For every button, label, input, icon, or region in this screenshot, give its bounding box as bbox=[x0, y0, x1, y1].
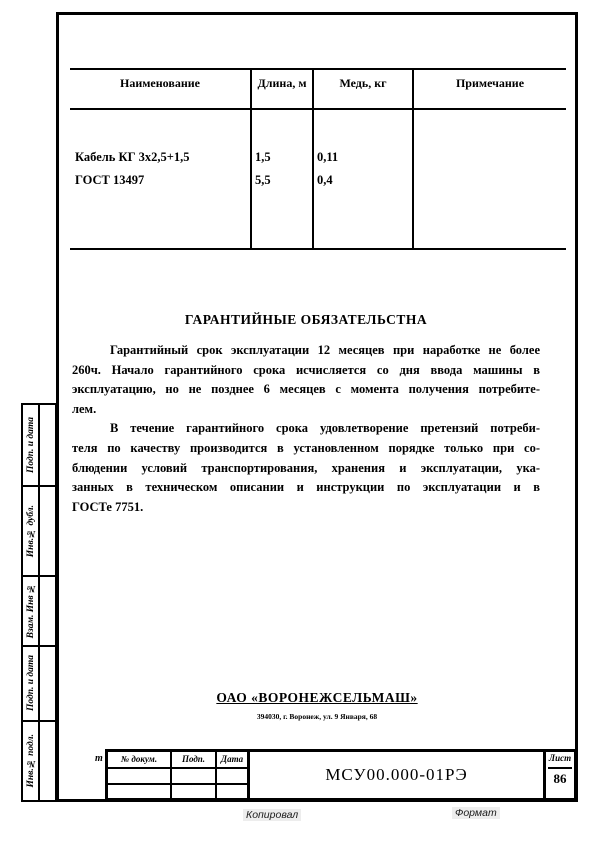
warranty-text: Гарантийный срок эксплуатации 12 месяцев… bbox=[72, 341, 540, 517]
warranty-title: ГАРАНТИЙНЫЕ ОБЯЗАТЕЛЬСТНА bbox=[72, 312, 540, 328]
table-row-name: ГОСТ 13497 bbox=[75, 173, 144, 188]
title-block-partial-label: т bbox=[95, 753, 103, 764]
manufacturer-name: ОАО «ВОРОНЕЖСЕЛЬМАШ» bbox=[57, 690, 577, 706]
warranty-line: Гарантийный срок эксплуатации 12 месяцев… bbox=[72, 341, 540, 361]
side-stamp-cell: Инв.№ дубл. bbox=[23, 487, 55, 577]
sheet-number: 86 bbox=[546, 771, 574, 787]
side-stamp-label-cell: Подп. и дата bbox=[23, 647, 40, 720]
warranty-line: ГОСТе 7751. bbox=[72, 498, 540, 518]
title-block: № докум. Подп. Дата МСУ00.000-01РЭ Лист … bbox=[105, 749, 577, 801]
warranty-line: теля по качеству производится в установл… bbox=[72, 439, 540, 459]
table-divider bbox=[250, 70, 252, 248]
side-stamp-cell: Подп. и дата bbox=[23, 405, 55, 487]
parts-table: Наименование Длина, м Медь, кг Примечани… bbox=[70, 68, 566, 250]
column-header-name: Наименование bbox=[70, 76, 250, 91]
manufacturer-address: 394030, г. Воронеж, ул. 9 Января, 68 bbox=[57, 712, 577, 721]
side-stamp-label: Взам. Инв № bbox=[26, 583, 36, 638]
side-stamp-cell: Подп. и дата bbox=[23, 647, 55, 722]
table-header-line bbox=[70, 108, 566, 110]
column-header-doc-number: № докум. bbox=[108, 754, 170, 764]
warranty-line: 260ч. Начало гарантийного срока исчисляе… bbox=[72, 361, 540, 381]
column-header-copper: Медь, кг bbox=[314, 76, 412, 91]
warranty-line: В течение гарантийного срока удовлетворе… bbox=[72, 419, 540, 439]
manufacturer-block: ОАО «ВОРОНЕЖСЕЛЬМАШ» 394030, г. Воронеж,… bbox=[57, 690, 577, 721]
side-stamp-label-cell: Инв.№ дубл. bbox=[23, 487, 40, 575]
side-stamp-label: Инв.№ подл. bbox=[26, 734, 36, 788]
title-block-row-line bbox=[108, 767, 247, 769]
title-block-row-line bbox=[108, 783, 247, 785]
table-divider bbox=[412, 70, 414, 248]
column-header-note: Примечание bbox=[414, 76, 566, 91]
sheet-label: Лист bbox=[546, 753, 574, 763]
side-stamp-label: Подп. и дата bbox=[26, 655, 36, 711]
side-stamp-label-cell: Подп. и дата bbox=[23, 405, 40, 485]
side-stamp-label: Подп. и дата bbox=[26, 417, 36, 473]
table-row-copper: 0,11 bbox=[317, 150, 338, 165]
sheet-divider bbox=[548, 767, 572, 769]
table-row-length: 5,5 bbox=[255, 173, 271, 188]
warranty-line: блюдении условий транспортирования, хран… bbox=[72, 459, 540, 479]
side-stamp-label-cell: Взам. Инв № bbox=[23, 577, 40, 645]
table-divider bbox=[312, 70, 314, 248]
side-stamp: Подп. и дата Инв.№ дубл. Взам. Инв № Под… bbox=[21, 403, 57, 802]
side-stamp-cell: Взам. Инв № bbox=[23, 577, 55, 647]
side-stamp-label-cell: Инв.№ подл. bbox=[23, 722, 40, 800]
column-header-signature: Подп. bbox=[172, 754, 215, 764]
table-row-copper: 0,4 bbox=[317, 173, 333, 188]
column-header-date: Дата bbox=[217, 754, 247, 764]
document-number: МСУ00.000-01РЭ bbox=[250, 752, 543, 798]
table-row-name: Кабель КГ 3х2,5+1,5 bbox=[75, 150, 190, 165]
warranty-line: занных в техническом описании и инструкц… bbox=[72, 478, 540, 498]
column-header-length: Длина, м bbox=[252, 76, 312, 91]
side-stamp-label: Инв.№ дубл. bbox=[26, 505, 36, 557]
warranty-line: лем. bbox=[72, 400, 540, 420]
side-stamp-cell: Инв.№ подл. bbox=[23, 722, 55, 800]
table-row-length: 1,5 bbox=[255, 150, 271, 165]
warranty-line: эксплуатацию, но не позднее 6 месяцев с … bbox=[72, 380, 540, 400]
format-label: Формат bbox=[452, 803, 500, 821]
copied-by-label: Копировал bbox=[243, 805, 301, 823]
